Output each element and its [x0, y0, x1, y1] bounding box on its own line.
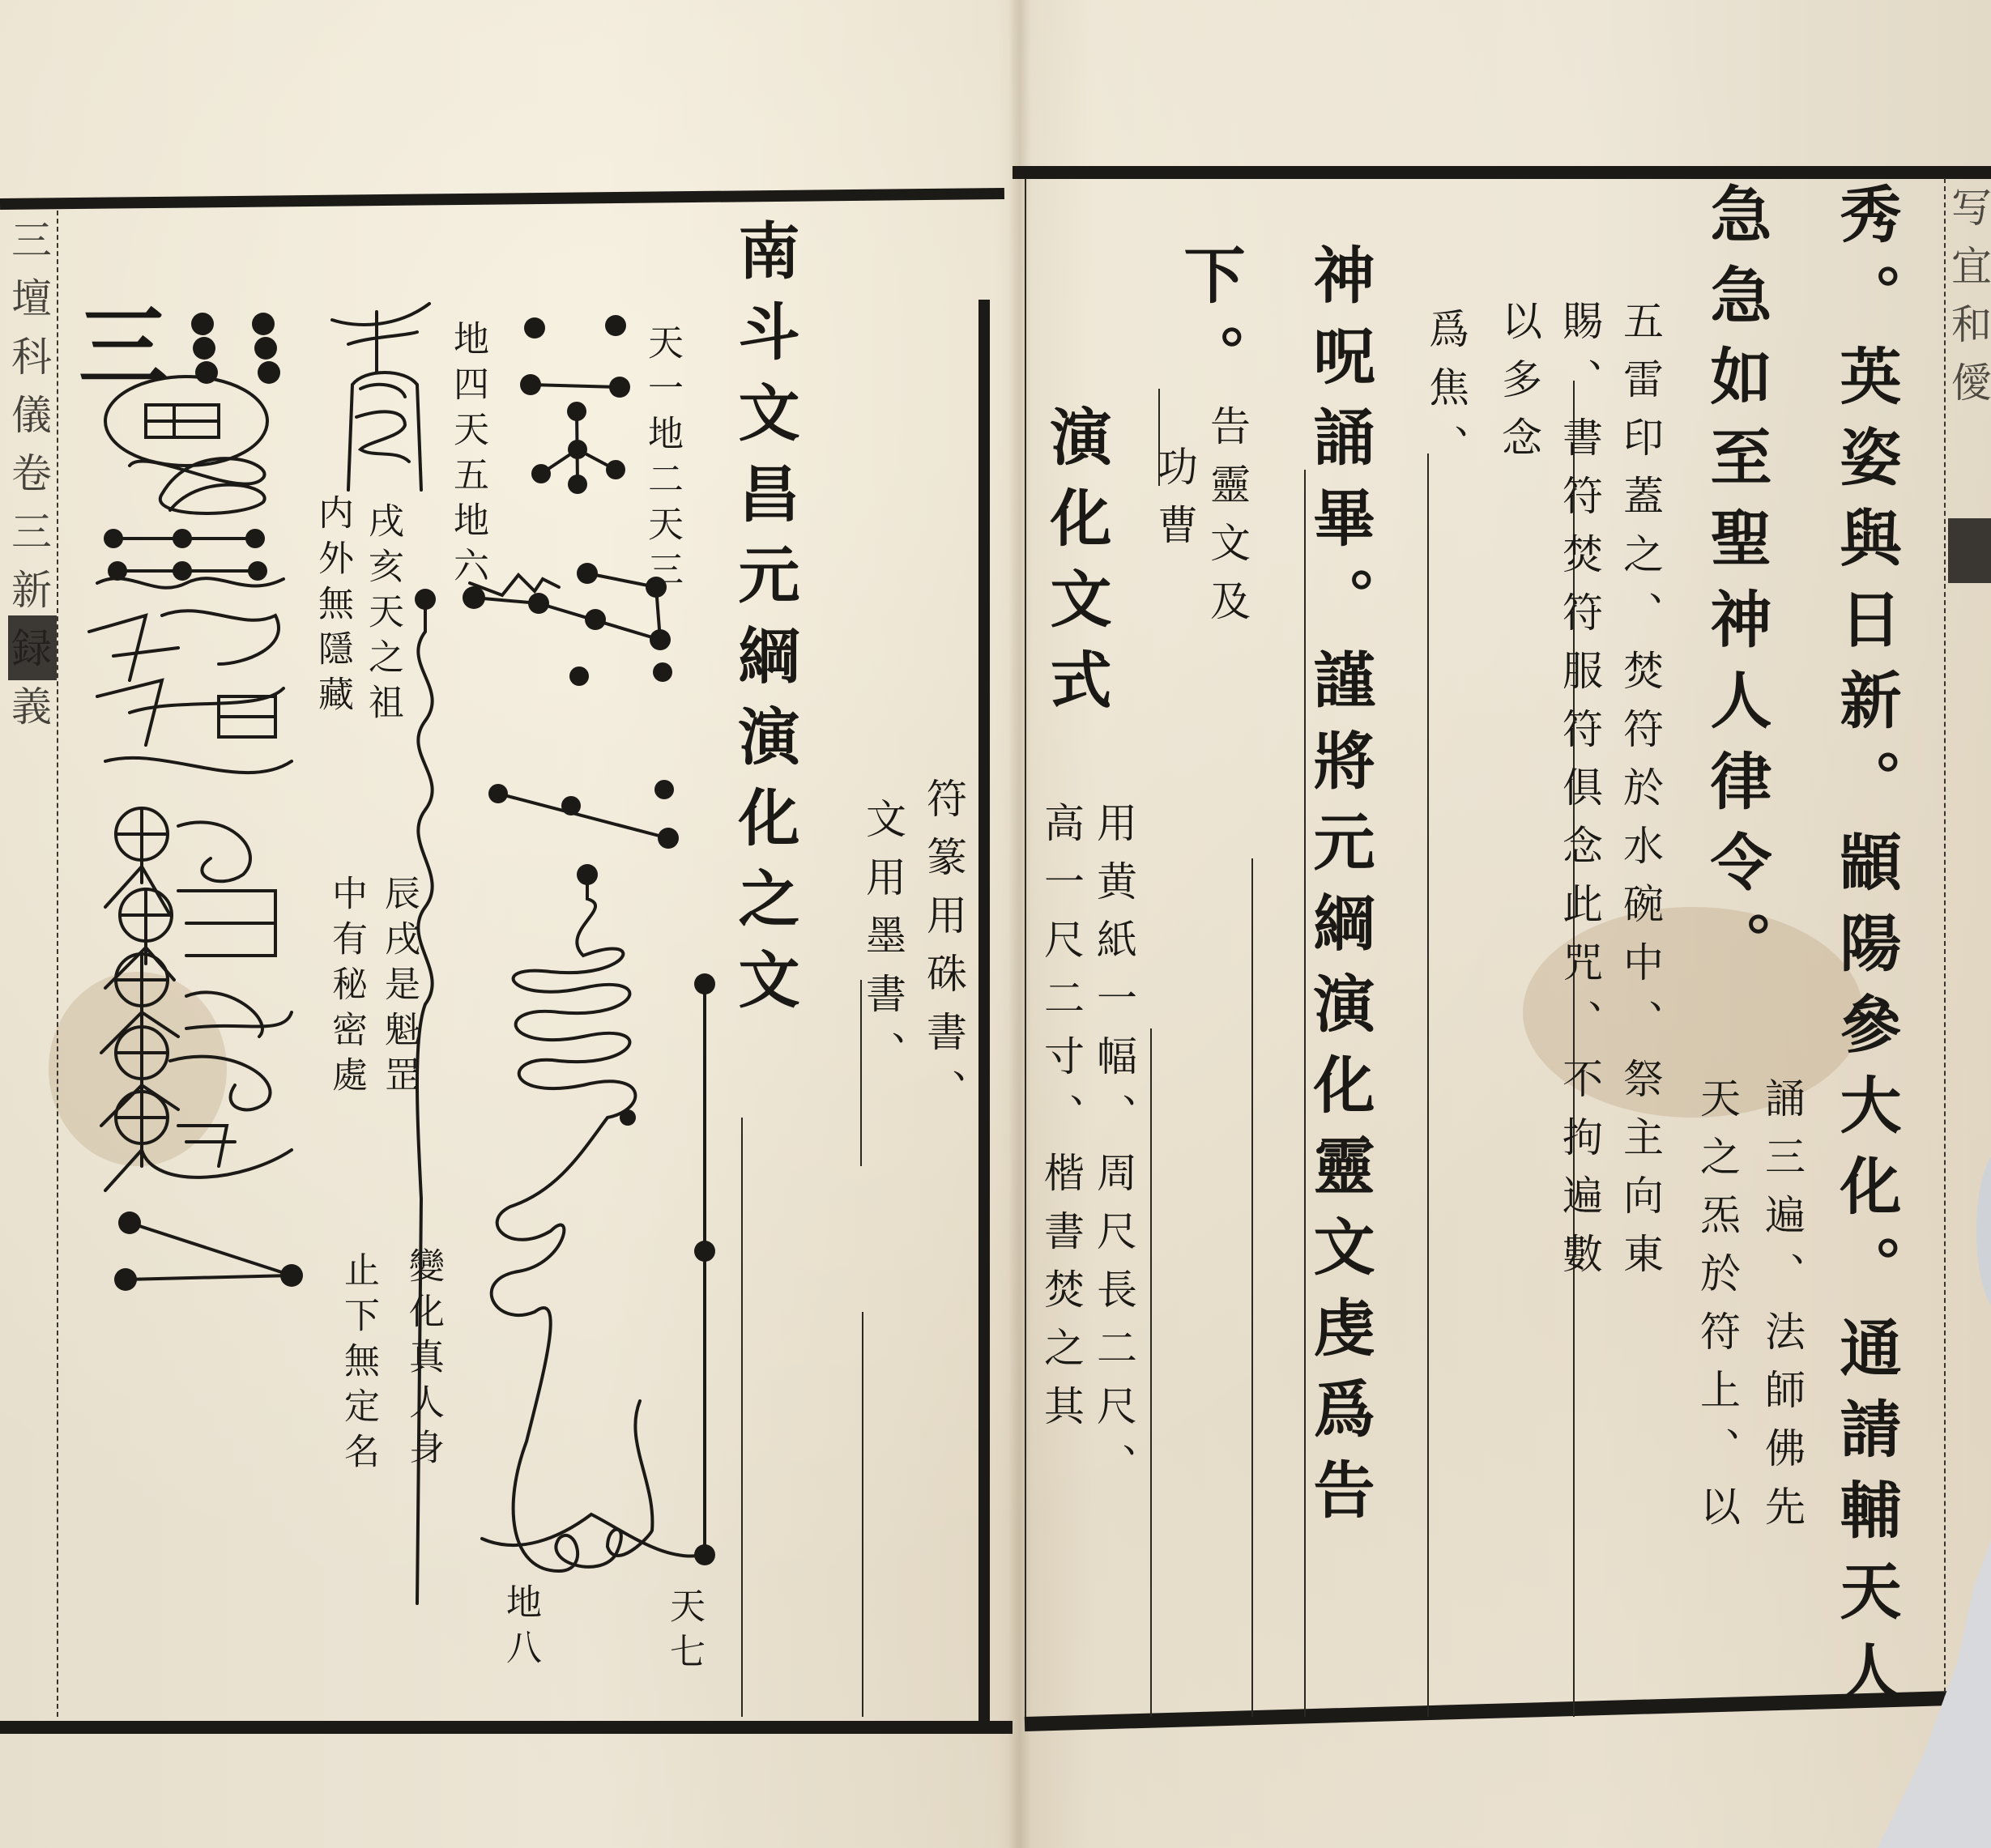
annotation-zhongyou: 中有秘密處	[328, 875, 364, 1101]
small-text-column: 用黄紙一幅、周尺長二尺、	[1094, 802, 1134, 1501]
note-text-ink: 文用墨書、	[863, 798, 903, 1089]
annotation-chenxu: 辰戌是魁罡	[381, 875, 416, 1101]
margin-column-divider	[57, 211, 58, 1717]
small-text-column: 告靈文及	[1207, 405, 1247, 638]
small-text-column: 功曹	[1154, 445, 1195, 562]
fish-tail-mark-right	[1948, 518, 1991, 583]
section-title: 南斗文昌元綱演化之文	[733, 219, 795, 1028]
column-divider	[862, 1312, 863, 1717]
small-text-column: 爲焦、	[1426, 308, 1466, 483]
small-text-column: 賜、書符焚符服符俱念此咒、不拘遍數	[1559, 300, 1600, 1291]
small-text-column: 高一尺二寸、楷書焚之其	[1041, 802, 1081, 1443]
column-divider	[1427, 453, 1429, 1717]
small-text-column: 誦三遍、法師佛先	[1762, 1077, 1802, 1544]
small-text-column: 五雷印蓋之、焚符於水碗中、祭主向東	[1620, 300, 1661, 1291]
book-gutter	[1008, 0, 1031, 1848]
label-tian-qi: 天七	[666, 1587, 701, 1678]
star-diagram	[421, 308, 697, 1701]
text-column: 下。	[1179, 243, 1240, 405]
note-talisman-vermilion: 符篆用硃書、	[923, 777, 964, 1127]
annotation-zhixia: 止下無定名	[340, 1251, 376, 1478]
small-text-column: 以多念	[1499, 300, 1539, 475]
seal-script-glyph	[324, 296, 437, 514]
right-page-top-border	[1013, 166, 1991, 179]
text-column: 秀。英姿與日新。顓陽參大化。通請輔天人	[1835, 182, 1896, 1721]
annotation-xuhai: 戌亥天之祖	[365, 502, 400, 729]
talisman-drawing	[81, 308, 324, 1636]
column-divider	[1150, 1028, 1152, 1717]
fish-tail-mark	[8, 615, 57, 680]
label-di-ba: 地八	[502, 1583, 538, 1674]
margin-title-column-right: 写宜和僾	[1948, 186, 1989, 419]
left-page-right-border	[978, 300, 990, 1725]
right-page-left-border	[1025, 178, 1026, 1717]
annotation-neiwai: 内外無隱藏	[314, 494, 350, 721]
text-column: 急急如至聖神人律令。	[1705, 182, 1767, 992]
small-text-column: 天之炁於符上、以	[1697, 1077, 1737, 1544]
text-column: 神呪誦畢。謹將元綱演化靈文虔爲告	[1308, 243, 1370, 1539]
column-divider	[741, 1118, 743, 1717]
subsection-title: 演化文式	[1045, 405, 1106, 729]
column-divider	[1251, 858, 1253, 1717]
left-page-bottom-border	[0, 1721, 1013, 1734]
